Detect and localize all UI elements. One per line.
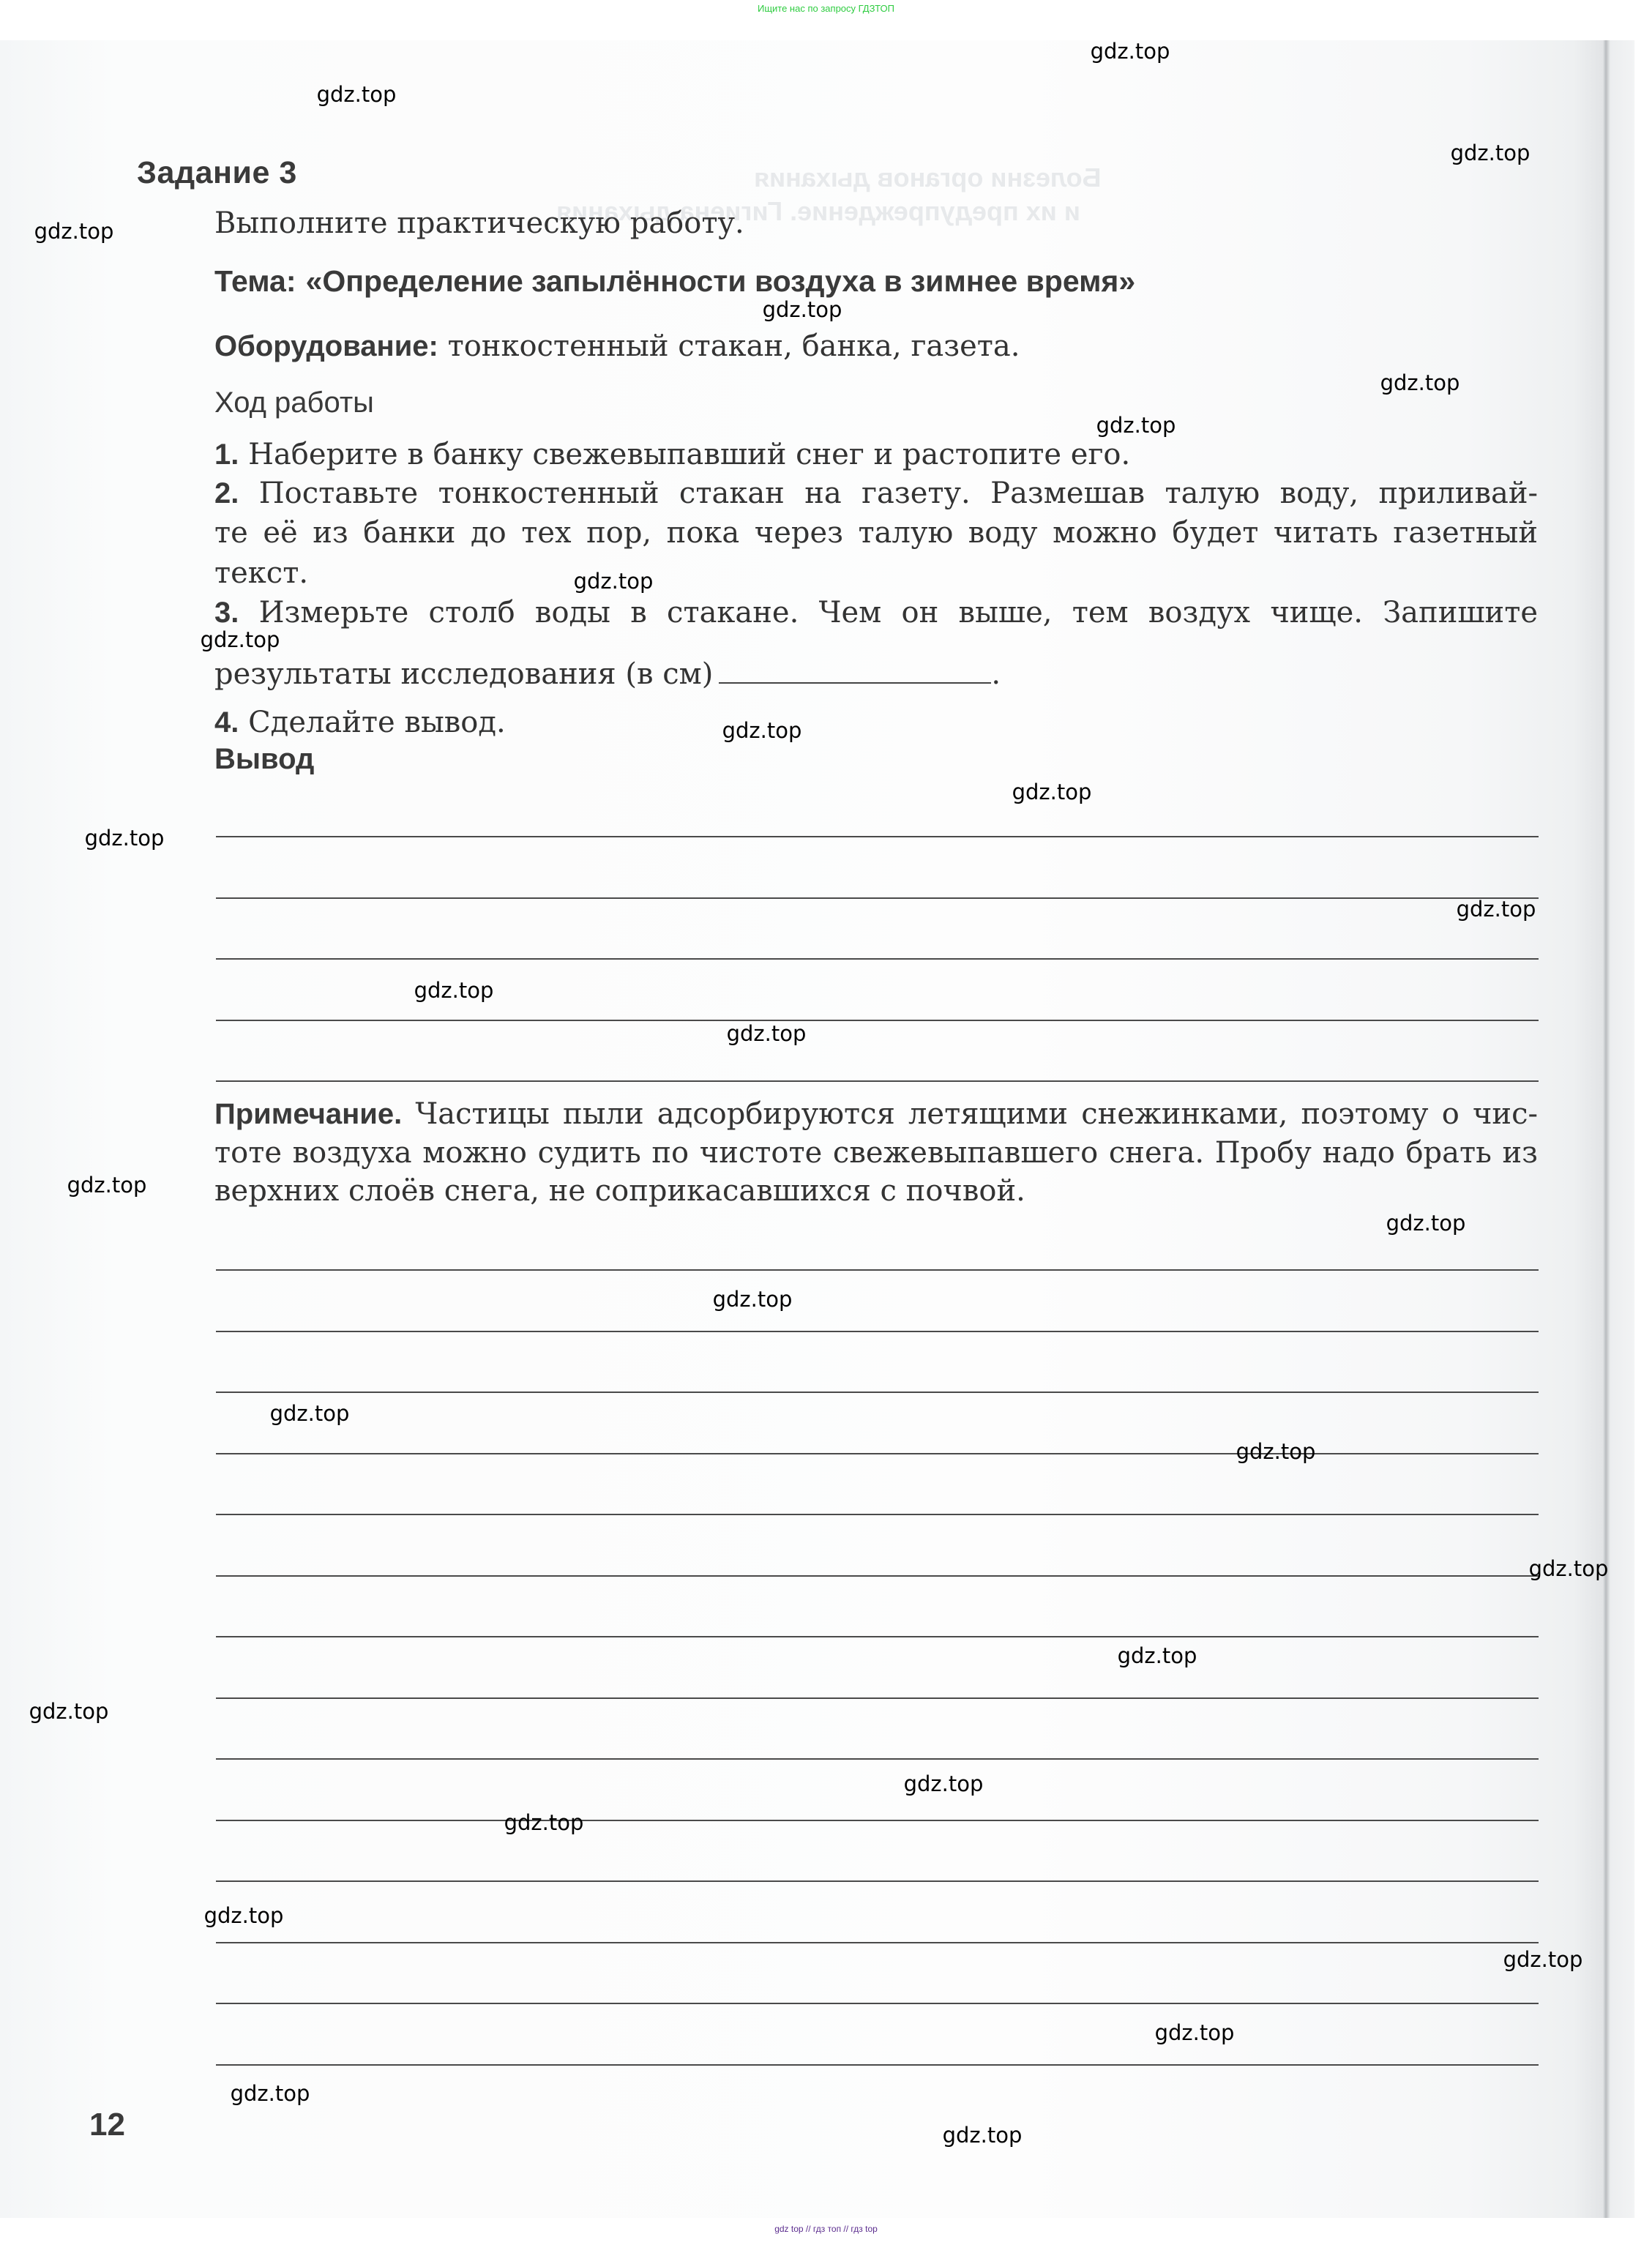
watermark-text: gdz.top (201, 627, 280, 652)
writing-line[interactable] (216, 958, 1539, 960)
step-3-line-1: 3. Измерьте столб воды в стакане. Чем он… (214, 596, 1538, 630)
watermark-text: gdz.top (1386, 1211, 1466, 1236)
step-text: Измерьте столб воды в стакане. Чем он вы… (259, 596, 1538, 630)
step-2-line-3: текст. (214, 556, 308, 590)
step-text: Наберите в банку свежевыпавший снег и ра… (248, 438, 1130, 471)
step-number: 3. (214, 597, 239, 629)
task-equipment: Оборудование: тонкостенный стакан, банка… (214, 329, 1020, 363)
writing-line[interactable] (216, 897, 1539, 899)
writing-line[interactable] (216, 2064, 1539, 2066)
watermark-text: gdz.top (722, 718, 802, 743)
watermark-text: gdz.top (34, 219, 114, 244)
task-instruction: Выполните практическую работу. (214, 206, 744, 240)
writing-line[interactable] (216, 1880, 1539, 1882)
note-text: Частицы пыли адсорбируются летящими снеж… (415, 1097, 1538, 1131)
writing-line[interactable] (216, 1080, 1539, 1082)
writing-line[interactable] (216, 1392, 1539, 1393)
writing-line[interactable] (216, 1758, 1539, 1760)
watermark-text: gdz.top (727, 1021, 807, 1046)
writing-line[interactable] (216, 1697, 1539, 1699)
step-number: 2. (214, 477, 239, 509)
watermark-text: gdz.top (414, 978, 494, 1003)
watermark-text: gdz.top (1091, 39, 1170, 64)
step-text: Поставьте тонкостенный стакан на газету.… (259, 477, 1538, 510)
note-line-1: Примечание. Частицы пыли адсорбируются л… (214, 1097, 1538, 1131)
watermark-text: gdz.top (317, 82, 397, 107)
writing-line[interactable] (216, 1020, 1539, 1021)
step-text: Сделайте вывод. (248, 706, 506, 739)
conclusion-heading: Вывод (214, 743, 314, 776)
writing-line[interactable] (216, 836, 1539, 837)
task-title: Задание 3 (137, 155, 297, 191)
topic-value: «Определение запылённости воздуха в зимн… (306, 264, 1136, 298)
watermark-text: gdz.top (270, 1401, 350, 1426)
step-1: 1. Наберите в банку свежевыпавший снег и… (214, 438, 1130, 471)
blank-suffix: . (991, 657, 1001, 691)
watermark-text: gdz.top (1380, 370, 1460, 395)
step-4: 4. Сделайте вывод. (214, 706, 506, 739)
watermark-text: gdz.top (85, 826, 165, 851)
task-topic: Тема: «Определение запылённости воздуха … (214, 264, 1135, 299)
watermark-text: gdz.top (1155, 2020, 1235, 2045)
watermark-text: gdz.top (1118, 1643, 1197, 1668)
watermark-text: gdz.top (1451, 141, 1530, 165)
watermark-text: gdz.top (231, 2081, 310, 2106)
writing-line[interactable] (216, 1575, 1539, 1577)
writing-line[interactable] (216, 1453, 1539, 1454)
writing-line[interactable] (216, 1942, 1539, 1943)
watermark-text: gdz.top (904, 1771, 984, 1796)
step-text: результаты исследования (в см) (214, 657, 713, 691)
writing-line[interactable] (216, 2003, 1539, 2004)
bleed-through-heading-1: Болезни органов дыхания (754, 163, 1102, 193)
step-2-line-1: 2. Поставьте тонкостенный стакан на газе… (214, 477, 1538, 510)
result-cm-input[interactable] (719, 660, 991, 684)
note-line-3: верхних слоёв снега, не соприкасавшихся … (214, 1174, 1025, 1208)
writing-line[interactable] (216, 1820, 1539, 1821)
watermark-text: gdz.top (943, 2123, 1023, 2148)
watermark-text: gdz.top (504, 1810, 584, 1835)
watermark-text: gdz.top (67, 1173, 147, 1198)
watermark-text: gdz.top (1236, 1439, 1316, 1464)
watermark-text: gdz.top (763, 297, 842, 322)
step-2-line-2: те её из банки до тех пор, пока через та… (214, 516, 1538, 550)
bottom-banner[interactable]: gdz top // гдз топ // гдз top (0, 2224, 1652, 2234)
note-line-2: тоте воздуха можно судить по чистоте све… (214, 1136, 1538, 1170)
writing-line[interactable] (216, 1269, 1539, 1271)
note-label: Примечание. (214, 1098, 402, 1130)
page-number: 12 (89, 2107, 125, 2143)
watermark-text: gdz.top (1096, 413, 1176, 438)
writing-line[interactable] (216, 1636, 1539, 1637)
procedure-heading: Ход работы (214, 386, 374, 419)
step-number: 4. (214, 706, 239, 739)
watermark-text: gdz.top (1503, 1947, 1583, 1972)
equipment-value: тонкостенный стакан, банка, газета. (448, 329, 1020, 363)
watermark-text: gdz.top (574, 569, 654, 594)
step-3-line-2: результаты исследования (в см). (214, 657, 1001, 691)
watermark-text: gdz.top (29, 1699, 109, 1724)
writing-line[interactable] (216, 1514, 1539, 1515)
watermark-text: gdz.top (1529, 1556, 1609, 1581)
watermark-text: gdz.top (713, 1287, 793, 1312)
equipment-label: Оборудование: (214, 330, 438, 362)
watermark-text: gdz.top (1012, 780, 1092, 804)
watermark-text: gdz.top (1457, 897, 1536, 922)
watermark-text: gdz.top (204, 1903, 284, 1928)
writing-line[interactable] (216, 1331, 1539, 1332)
topic-label: Тема: (214, 264, 296, 298)
step-number: 1. (214, 438, 239, 471)
top-banner[interactable]: Ищите нас по запросу ГДЗТОП (0, 3, 1652, 14)
